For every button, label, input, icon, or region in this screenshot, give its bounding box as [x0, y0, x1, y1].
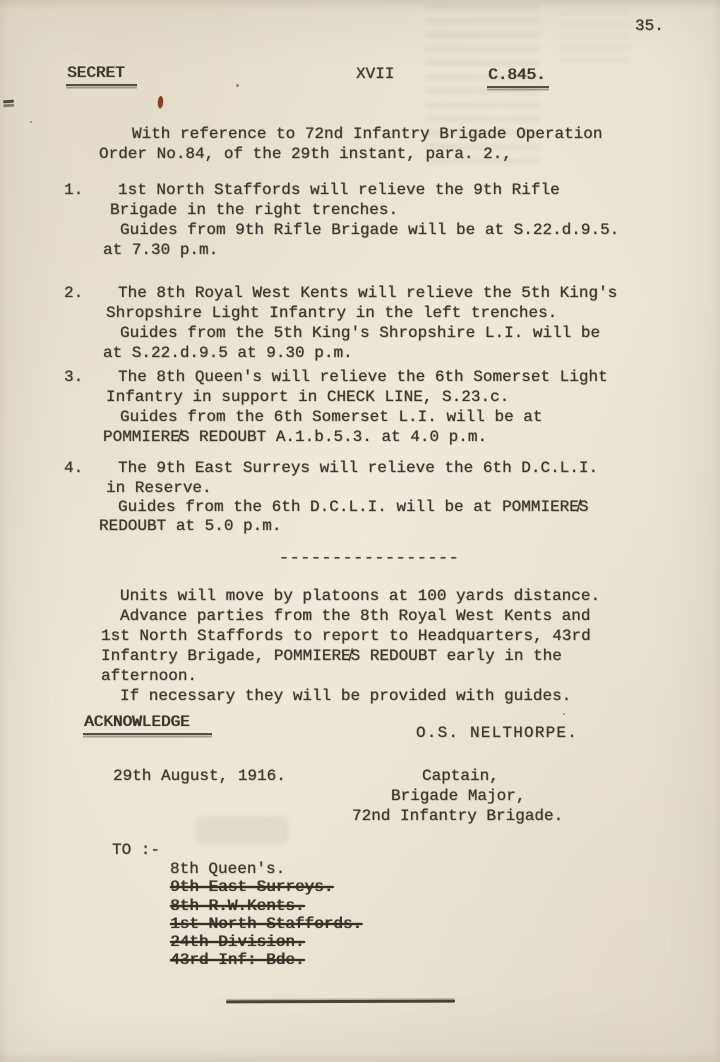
paper-speck — [236, 84, 239, 87]
red-ink-mark — [158, 96, 164, 108]
bleedthrough-smudge — [560, 10, 630, 65]
order-line: The 8th Royal West Kents will relieve th… — [118, 284, 617, 302]
document-date: 29th August, 1916. — [113, 767, 286, 785]
distribution-entry-struck: 1st North Staffords. — [170, 915, 362, 933]
order-line: Guides from the 5th King's Shropshire L.… — [120, 324, 600, 342]
signature-unit: 72nd Infantry Brigade. — [352, 807, 563, 825]
distribution-entry-struck: 9th East Surreys. — [170, 878, 333, 896]
page-number: 35. — [635, 17, 664, 35]
acknowledge-label: ACKNOWLEDGE — [84, 713, 190, 731]
order-line: Guides from the 6th D.C.L.I. will be at … — [118, 498, 588, 516]
order-item-number: 3. — [64, 368, 83, 386]
intro-line: With reference to 72nd Infantry Brigade … — [132, 125, 602, 143]
paper-speck — [30, 121, 32, 123]
order-line: at 7.30 p.m. — [103, 241, 218, 259]
order-line: REDOUBT at 5.0 p.m. — [99, 517, 281, 535]
distribution-entry-struck: 24th Division. — [170, 933, 304, 951]
closing-rule — [226, 1000, 455, 1004]
movement-line: Infantry Brigade, POMMIERE̸S REDOUBT ear… — [101, 647, 562, 665]
order-line: in Reserve. — [106, 479, 212, 497]
distribution-label: TO :- — [112, 841, 160, 859]
order-item-number: 1. — [64, 181, 83, 199]
signature-rank: Captain, — [422, 767, 499, 785]
order-line: Shropshire Light Infantry in the left tr… — [106, 304, 557, 322]
bleedthrough-smudge — [196, 816, 288, 844]
movement-line: afternoon. — [101, 667, 197, 685]
classification-label: SECRET — [67, 64, 125, 82]
order-item-number: 4. — [64, 459, 83, 477]
section-numeral: XVII — [356, 65, 394, 83]
movement-line: 1st North Staffords to report to Headqua… — [101, 627, 591, 645]
movement-line: Advance parties from the 8th Royal West … — [120, 607, 590, 625]
order-line: The 9th East Surreys will relieve the 6t… — [118, 459, 598, 477]
signature-name: O.S. NELTHORPE. — [416, 724, 578, 742]
document-page: 35. SECRET XVII C.845. With reference to… — [0, 0, 720, 1062]
order-line: Guides from 9th Rifle Brigade will be at… — [120, 221, 619, 239]
paper-speck — [563, 713, 565, 715]
distribution-entry: 8th Queen's. — [170, 860, 285, 878]
order-line: Guides from the 6th Somerset L.I. will b… — [120, 408, 542, 426]
order-line: Infantry in support in CHECK LINE, S.23.… — [106, 388, 509, 406]
movement-line: Units will move by platoons at 100 yards… — [120, 587, 600, 605]
edge-smudge-mark — [3, 100, 14, 104]
order-item-number: 2. — [64, 284, 83, 302]
order-line: at S.22.d.9.5 at 9.30 p.m. — [103, 344, 353, 362]
order-line: The 8th Queen's will relieve the 6th Som… — [118, 368, 608, 386]
distribution-entry-struck: 8th R.W.Kents. — [170, 897, 304, 915]
order-line: POMMIERE̸S REDOUBT A.1.b.5.3. at 4.0 p.m… — [103, 428, 487, 446]
distribution-entry-struck: 43rd Inf: Bde. — [170, 951, 304, 969]
dashed-separator: ----------------- — [279, 549, 459, 567]
signature-appointment: Brigade Major, — [391, 787, 525, 805]
order-line: 1st North Staffords will relieve the 9th… — [118, 181, 560, 199]
intro-line: Order No.84, of the 29th instant, para. … — [99, 145, 512, 163]
reference-number: C.845. — [488, 66, 546, 84]
order-line: Brigade in the right trenches. — [110, 201, 398, 219]
movement-line: If necessary they will be provided with … — [120, 687, 571, 705]
